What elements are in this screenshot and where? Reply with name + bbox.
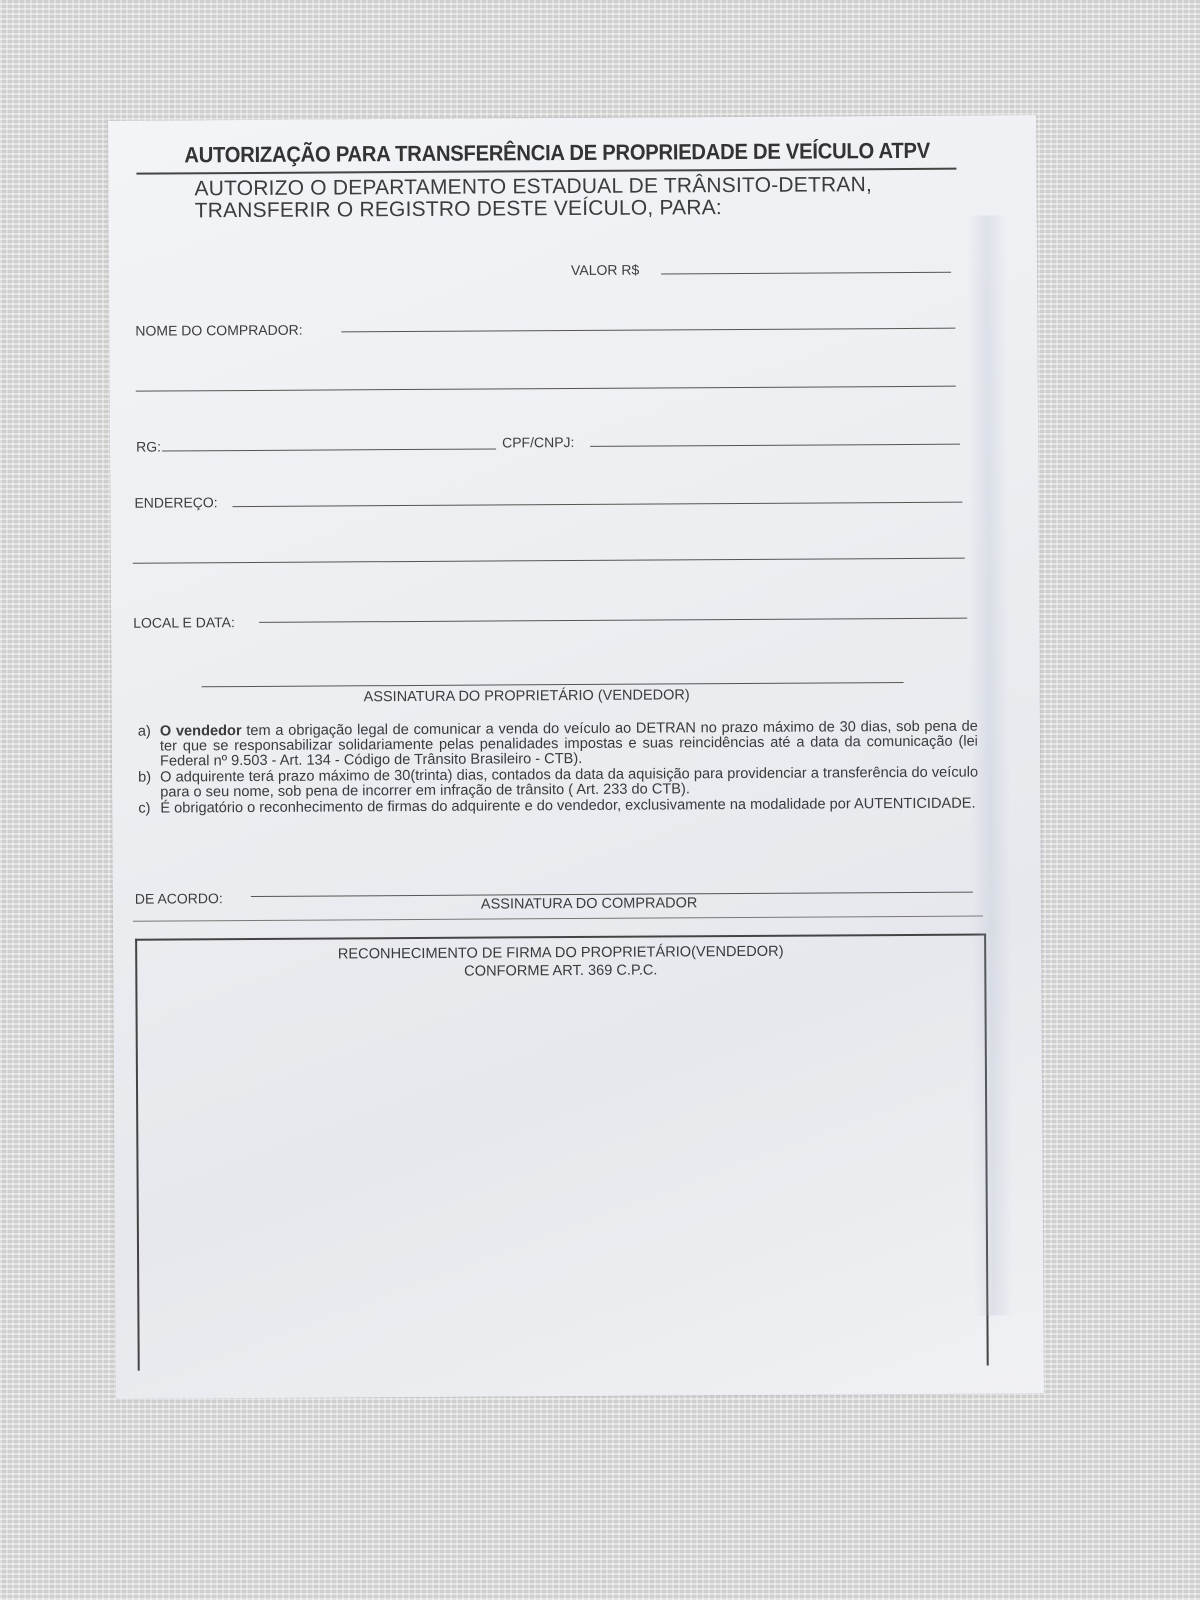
notary-recognition-box: RECONHECIMENTO DE FIRMA DO PROPRIETÁRIO(… <box>135 933 989 1370</box>
cpf-cnpj-label: CPF/CNPJ: <box>502 434 574 450</box>
note-c-marker: c) <box>138 802 160 817</box>
note-a: a) O vendedor tem a obrigação legal de c… <box>138 720 978 770</box>
atpv-form-paper: AUTORIZAÇÃO PARA TRANSFERÊNCIA DE PROPRI… <box>108 115 1044 1399</box>
note-c-text: É obrigatório o reconhecimento de firmas… <box>160 797 978 817</box>
note-c: c) É obrigatório o reconhecimento de fir… <box>138 797 978 817</box>
note-b-text: O adquirente terá prazo máximo de 30(tri… <box>160 766 978 801</box>
de-acordo-label: DE ACORDO: <box>135 890 223 907</box>
note-a-text: tem a obrigação legal de comunicar a ven… <box>160 719 978 770</box>
note-b-marker: b) <box>138 771 160 801</box>
endereco-field-line-2[interactable] <box>133 558 965 564</box>
note-a-marker: a) <box>138 725 160 770</box>
valor-field[interactable] <box>661 272 951 275</box>
section-divider <box>133 916 983 922</box>
valor-label: VALOR R$ <box>571 262 639 278</box>
nome-comprador-field-line-2[interactable] <box>136 386 956 392</box>
endereco-field[interactable] <box>232 502 962 507</box>
note-a-emphasis: O vendedor <box>160 723 242 739</box>
seller-signature-caption: ASSINATURA DO PROPRIETÁRIO (VENDEDOR) <box>364 687 690 705</box>
buyer-signature-caption: ASSINATURA DO COMPRADOR <box>481 895 698 912</box>
rg-field[interactable] <box>162 448 496 451</box>
nome-comprador-field[interactable] <box>341 328 955 333</box>
nome-comprador-label: NOME DO COMPRADOR: <box>135 322 302 339</box>
local-data-field[interactable] <box>259 618 967 623</box>
local-data-label: LOCAL E DATA: <box>133 614 235 631</box>
cpf-cnpj-field[interactable] <box>590 444 960 447</box>
notary-box-subtitle: CONFORME ART. 369 C.P.C. <box>137 960 984 983</box>
rg-label: RG: <box>136 439 161 455</box>
endereco-label: ENDEREÇO: <box>134 494 217 511</box>
seller-signature-line[interactable] <box>202 682 904 687</box>
authorization-line-2: TRANSFERIR O REGISTRO DESTE VEÍCULO, PAR… <box>195 196 873 222</box>
legal-notes: a) O vendedor tem a obrigação legal de c… <box>138 720 979 818</box>
form-title: AUTORIZAÇÃO PARA TRANSFERÊNCIA DE PROPRI… <box>184 138 930 169</box>
authorization-statement: AUTORIZO O DEPARTAMENTO ESTADUAL DE TRÂN… <box>194 174 872 222</box>
